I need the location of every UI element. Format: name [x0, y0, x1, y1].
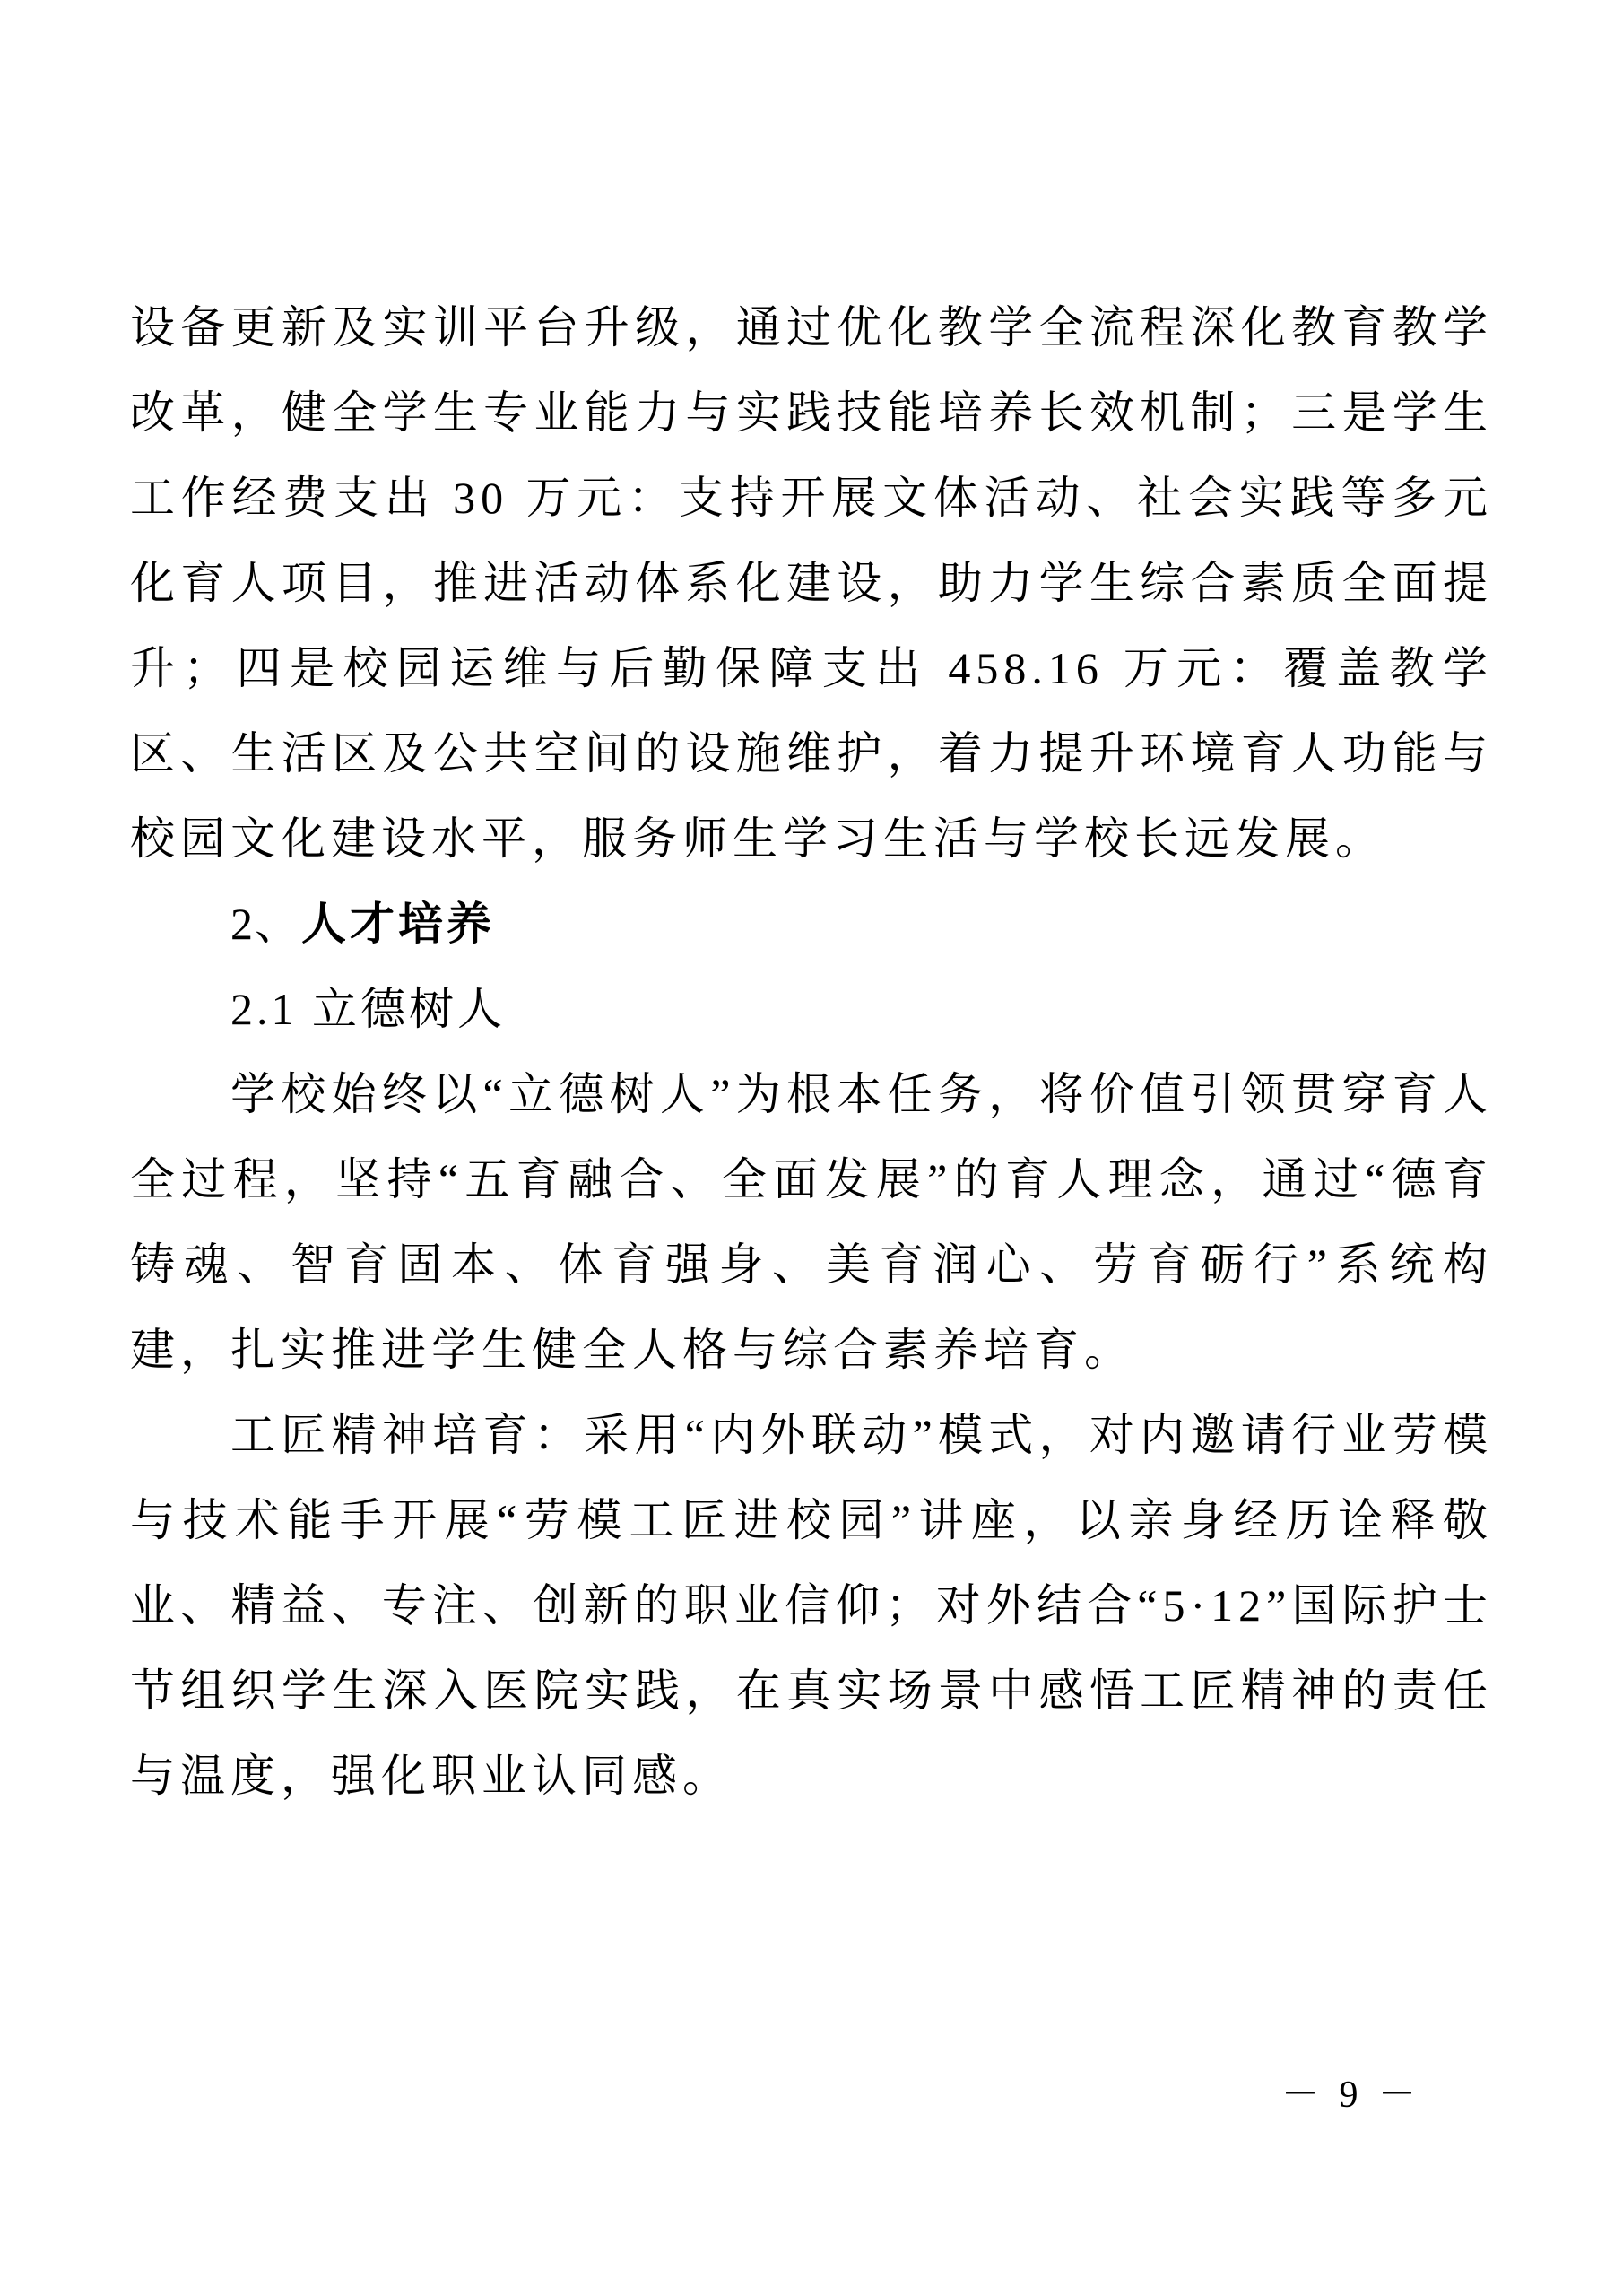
- section-heading-title: 人才培养: [301, 899, 495, 949]
- document-page: 设备更新及实训平台升级，通过优化教学全流程深化教育教学改革，健全学生专业能力与实…: [0, 0, 1623, 2296]
- paragraph-craftsman-spirit: 工匠精神培育：采用“内外联动”模式，对内邀请行业劳模与技术能手开展“劳模工匠进校…: [130, 1393, 1493, 1819]
- paragraph-lide-shuren: 学校始终以“立德树人”为根本任务，将价值引领贯穿育人全过程，坚持“五育融合、全面…: [130, 1052, 1493, 1393]
- section-heading-number: 2、: [230, 899, 301, 949]
- page-number: － 9 －: [1281, 2074, 1421, 2117]
- section-heading-talent-cultivation: 2、人才培养: [130, 882, 1493, 967]
- subsection-heading-lide-shuren: 2.1 立德树人: [130, 967, 1493, 1052]
- paragraph-funding-continuation: 设备更新及实训平台升级，通过优化教学全流程深化教育教学改革，健全学生专业能力与实…: [130, 285, 1493, 882]
- document-body: 设备更新及实训平台升级，通过优化教学全流程深化教育教学改革，健全学生专业能力与实…: [130, 285, 1493, 1819]
